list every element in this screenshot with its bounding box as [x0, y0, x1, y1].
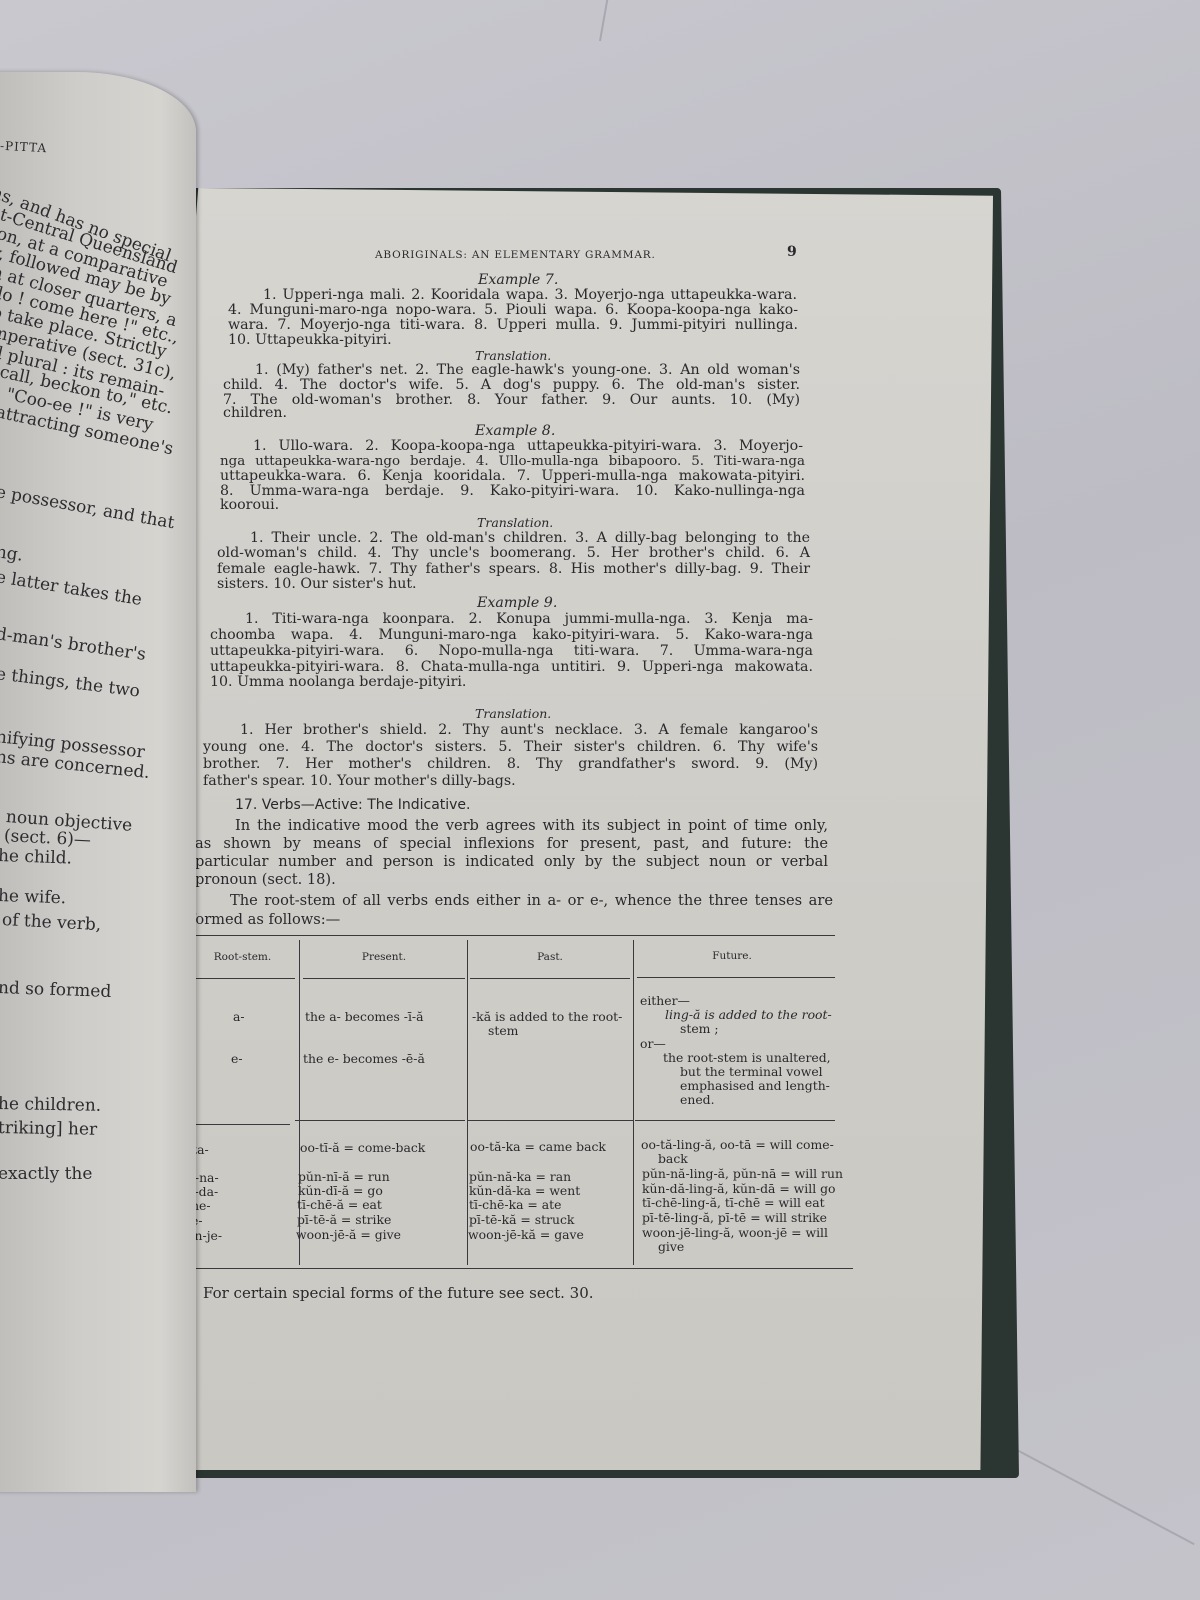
right-page: ABORIGINALS: AN ELEMENTARY GRAMMAR. 9 Ex… [95, 188, 993, 1470]
past-rule: stem [488, 1024, 518, 1039]
present-rule-e: the e- becomes -ē-ă [303, 1052, 425, 1067]
left-page-line: he children. [0, 1094, 101, 1116]
translation-9-title: Translation. [475, 706, 551, 721]
example-8-line: 8. Umma-wara-nga berdaje. 9. Kako-pityir… [220, 484, 805, 499]
footnote: For certain special forms of the future … [203, 1286, 594, 1301]
table-top-rule [188, 935, 835, 936]
example-future: pŭn-nă-ling-ă, pŭn-nā = will run [642, 1167, 843, 1182]
header-underline [303, 978, 465, 979]
example-future: back [658, 1152, 688, 1167]
example-8-line: nga uttapeukka-wara-ngo berdaje. 4. Ullo… [220, 454, 805, 469]
example-present: pī-tē-ă = strike [297, 1213, 391, 1228]
example-7-line: 1. Upperi-nga mali. 2. Kooridala wapa. 3… [255, 288, 797, 303]
header-underline [470, 978, 630, 979]
table-bottom-rule [163, 1268, 853, 1269]
header-underline [190, 978, 295, 979]
example-past: woon-jē-kă = gave [468, 1228, 584, 1243]
translation-7-line: children. [223, 406, 287, 421]
example-9-line: uttapeukka-pityiri-wara. 8. Chata-mulla-… [210, 660, 813, 675]
translation-7-line: child. 4. The doctor's wife. 5. A dog's … [223, 378, 800, 393]
example-9-title: Example 9. [477, 596, 557, 611]
example-9-line: 10. Umma noolanga berdaje-pityiri. [210, 675, 466, 690]
example-7-line: 10. Uttapeukka-pityiri. [228, 333, 392, 348]
left-page-line: ng. [0, 542, 24, 566]
future-option-1: stem ; [680, 1022, 719, 1037]
example-7-line: wara. 7. Moyerjo-nga titi-wara. 8. Upper… [228, 318, 798, 333]
table-col-divider [467, 940, 468, 1265]
example-7-line: 4. Munguni-maro-nga nopo-wara. 5. Piouli… [228, 303, 798, 318]
page-number: 9 [787, 245, 797, 260]
left-page-line: d-man's brother's [0, 624, 147, 665]
left-page-line: e things, the two [0, 664, 141, 702]
translation-8-line: old-woman's child. 4. Thy uncle's boomer… [217, 546, 810, 561]
example-9-line: 1. Titi-wara-nga koonpara. 2. Konupa jum… [245, 612, 813, 627]
translation-8-line: female eagle-hawk. 7. Thy father's spear… [217, 562, 810, 577]
example-present: tī-chē-ă = eat [297, 1198, 382, 1213]
present-rule-a: the a- becomes -ī-ă [305, 1010, 424, 1025]
translation-8-line: 1. Their uncle. 2. The old-man's childre… [250, 531, 810, 546]
footnote-text: For certain special forms of the future … [203, 1284, 594, 1302]
translation-9-line: father's spear. 10. Your mother's dilly-… [203, 774, 516, 789]
example-future: give [658, 1240, 684, 1255]
example-8-line: uttapeukka-wara. 6. Kenja kooridala. 7. … [220, 469, 805, 484]
rules-divider [295, 1120, 465, 1121]
left-page-line: he wife. [0, 886, 66, 908]
left-running-head: -PITTA [0, 139, 47, 155]
translation-7-line: 1. (My) father's net. 2. The eagle-hawk'… [255, 363, 800, 378]
example-future: pī-tē-ling-ă, pī-tē = will strike [642, 1211, 827, 1226]
example-7-title: Example 7. [478, 273, 558, 288]
section-17-para-line: particular number and person is indicate… [195, 854, 828, 869]
left-page-line: triking] her [0, 1118, 97, 1140]
left-page-line: nd so formed [0, 978, 112, 1002]
future-or: or— [640, 1037, 666, 1052]
left-page-line: e latter takes the [0, 567, 143, 610]
example-past: oo-tă-ka = came back [470, 1140, 606, 1155]
example-present: woon-jē-ă = give [296, 1228, 401, 1243]
translation-7-line: 7. The old-woman's brother. 8. Your fath… [223, 393, 800, 408]
root-stem-a: a- [233, 1010, 245, 1025]
section-17-para-line: as shown by means of special inflexions … [195, 836, 828, 851]
rules-divider [635, 1120, 835, 1121]
example-9-line: uttapeukka-pityiri-wara. 6. Nopo-mulla-n… [210, 644, 813, 659]
header-past: Past. [470, 951, 630, 963]
surface-scratch [1000, 1440, 1195, 1545]
rules-divider [467, 1120, 633, 1121]
left-page-line: of the verb, [1, 910, 101, 935]
example-8-line: 1. Ullo-wara. 2. Koopa-koopa-nga uttapeu… [253, 439, 803, 454]
future-option-2: ened. [680, 1093, 715, 1108]
example-past: pī-tē-kă = struck [469, 1213, 574, 1228]
translation-8-title: Translation. [477, 515, 553, 530]
header-root-stem: Root-stem. [190, 951, 295, 963]
example-past: tī-chē-ka = ate [469, 1198, 561, 1213]
translation-9-line: 1. Her brother's shield. 2. Thy aunt's n… [240, 723, 818, 738]
header-underline [637, 977, 835, 978]
rules-divider [180, 1124, 290, 1125]
section-17-para-line: The root-stem of all verbs ends either i… [230, 893, 833, 908]
example-8-line: kooroui. [220, 498, 279, 513]
running-head: ABORIGINALS: AN ELEMENTARY GRAMMAR. [375, 248, 656, 263]
translation-9-line: young one. 4. The doctor's sisters. 5. T… [203, 740, 818, 755]
root-stem-e: e- [231, 1052, 243, 1067]
section-17-para-line: formed as follows:— [190, 912, 340, 927]
left-page-line: he child. [0, 846, 72, 869]
translation-7-title: Translation. [475, 348, 551, 363]
left-page: -PITTA ns, and has no special st-Central… [0, 72, 196, 1492]
header-future: Future. [637, 950, 827, 962]
left-page-line: e possessor, and that [0, 482, 176, 533]
example-future: tī-chē-ling-ă, tī-chē = will eat [642, 1196, 825, 1211]
section-17-para-line: In the indicative mood the verb agrees w… [235, 818, 828, 833]
translation-9-line: brother. 7. Her mother's children. 8. Th… [203, 757, 818, 772]
surface-scratch [599, 0, 622, 41]
section-17-heading: 17. Verbs—Active: The Indicative. [235, 798, 471, 813]
header-present: Present. [303, 951, 465, 963]
table-col-divider [633, 940, 634, 1265]
example-present: oo-tī-ă = come-back [300, 1141, 425, 1156]
left-page-line: exactly the [0, 1164, 92, 1184]
example-8-title: Example 8. [475, 424, 555, 439]
section-17-para-line: pronoun (sect. 18). [195, 872, 336, 887]
translation-8-line: sisters. 10. Our sister's hut. [217, 577, 417, 592]
example-9-line: choomba wapa. 4. Munguni-maro-nga kako-p… [210, 628, 813, 643]
